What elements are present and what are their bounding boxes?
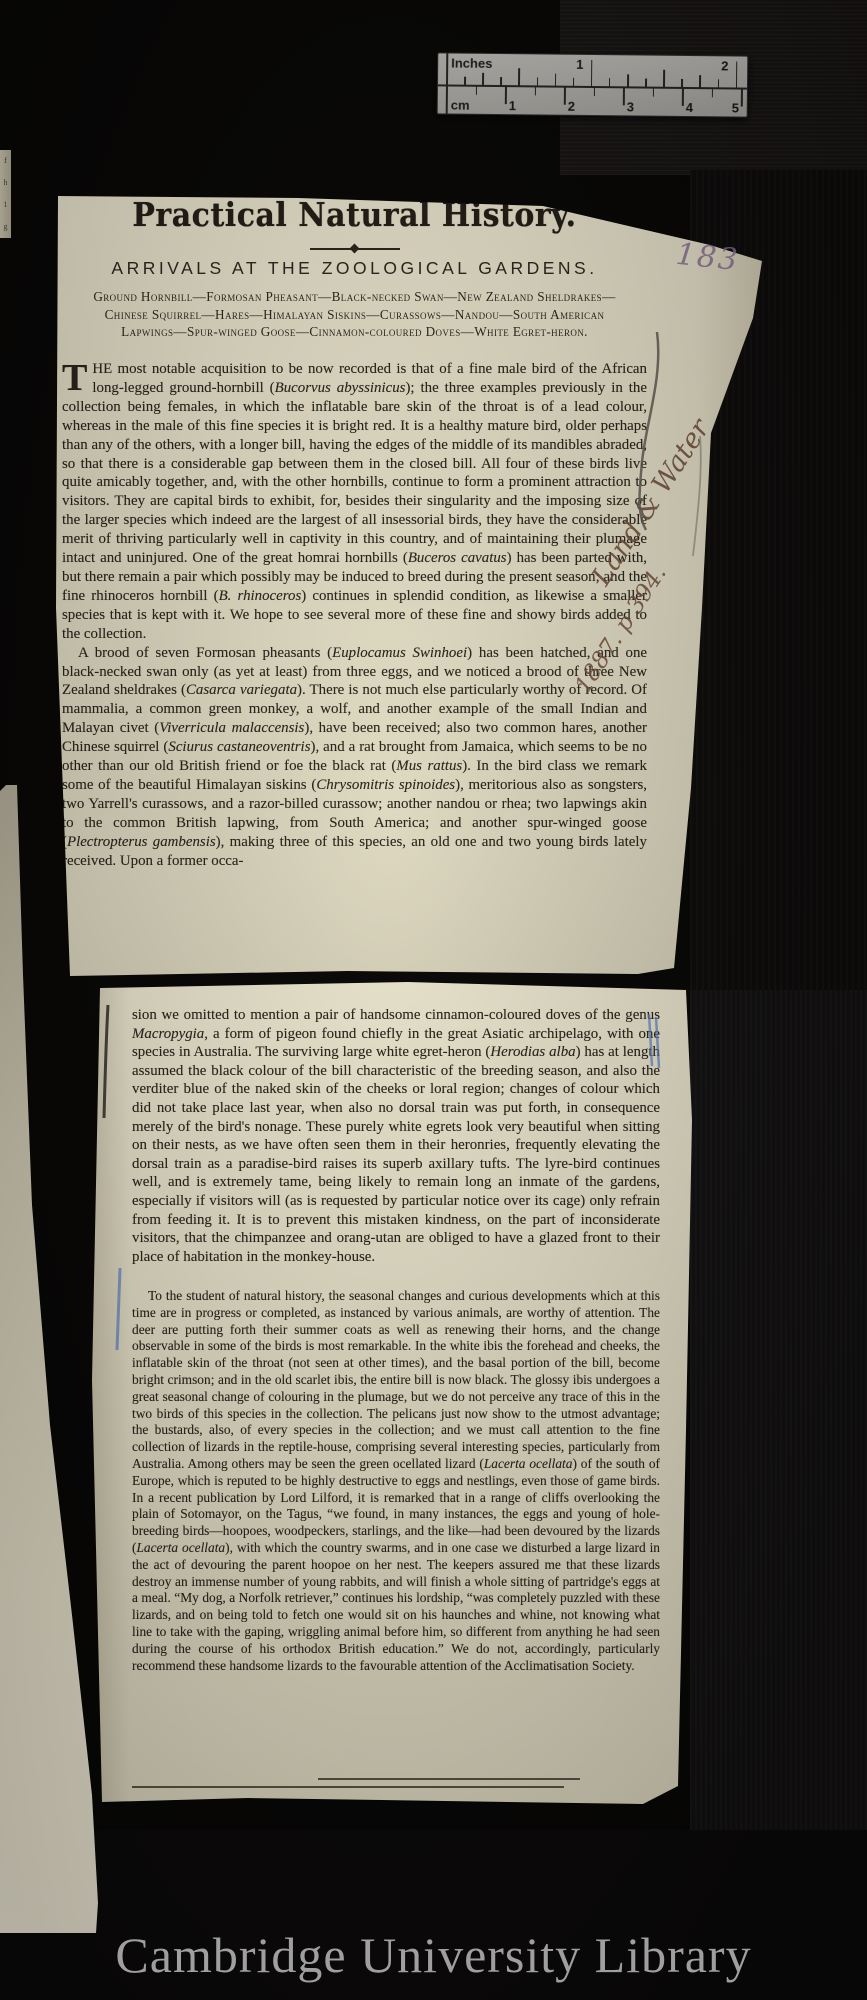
library-watermark: Cambridge University Library <box>0 1926 867 1984</box>
vignette <box>0 0 867 2000</box>
archive-photo: f h 1 g Inches cm 1 2 1 2 3 4 5 Practica… <box>0 0 867 2000</box>
